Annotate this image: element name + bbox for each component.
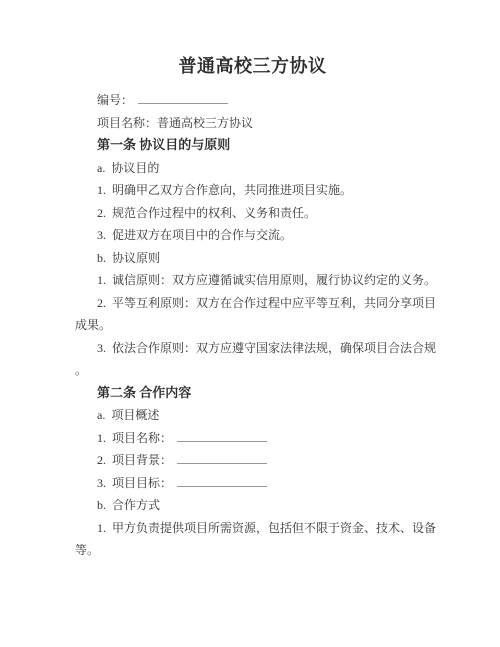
blank-underline — [177, 451, 267, 464]
blank-underline — [177, 429, 267, 442]
list-item-a-purpose: a. 协议目的 — [75, 157, 430, 180]
list-item-1-party-a-resources: 1. 甲方负责提供项目所需资源，包括但不限于资金、技术、设备 — [75, 517, 430, 540]
field-project-goal: 3. 项目目标： — [75, 472, 430, 495]
field-project-goal-label: 3. 项目目标： — [97, 476, 172, 490]
list-item-2-equality: 2. 平等互利原则：双方在合作过程中应平等互利，共同分享项目 — [75, 292, 430, 315]
list-item-3-exchange: 3. 促进双方在项目中的合作与交流。 — [75, 224, 430, 247]
blank-underline — [177, 474, 267, 487]
field-project-name-label: 1. 项目名称： — [97, 431, 172, 445]
field-number: 编号： — [75, 89, 430, 112]
list-item-1-integrity: 1. 诚信原则：双方应遵循诚实信用原则，履行协议约定的义务。 — [75, 269, 430, 292]
list-item-b-method: b. 合作方式 — [75, 494, 430, 517]
line-continuation-results: 成果。 — [75, 314, 430, 337]
list-item-a-overview: a. 项目概述 — [75, 404, 430, 427]
field-project-background-label: 2. 项目背景： — [97, 453, 172, 467]
list-item-b-principles: b. 协议原则 — [75, 247, 430, 270]
doc-title: 普通高校三方协议 — [75, 54, 430, 78]
field-number-label: 编号： — [97, 93, 133, 107]
field-project-background: 2. 项目背景： — [75, 449, 430, 472]
line-project-name: 项目名称：普通高校三方协议 — [75, 112, 430, 135]
heading-article-2: 第二条 合作内容 — [75, 382, 430, 405]
list-item-3-lawful: 3. 依法合作原则：双方应遵守国家法律法规，确保项目合法合规 — [75, 337, 430, 360]
blank-underline — [138, 91, 228, 104]
line-continuation-period: 。 — [75, 359, 430, 382]
list-item-1-intent: 1. 明确甲乙双方合作意向，共同推进项目实施。 — [75, 179, 430, 202]
field-project-name: 1. 项目名称： — [75, 427, 430, 450]
heading-article-1: 第一条 协议目的与原则 — [75, 134, 430, 157]
list-item-2-rights: 2. 规范合作过程中的权利、义务和责任。 — [75, 202, 430, 225]
line-continuation-etc: 等。 — [75, 539, 430, 562]
document-page: 普通高校三方协议 编号： 项目名称：普通高校三方协议 第一条 协议目的与原则 a… — [0, 0, 500, 647]
